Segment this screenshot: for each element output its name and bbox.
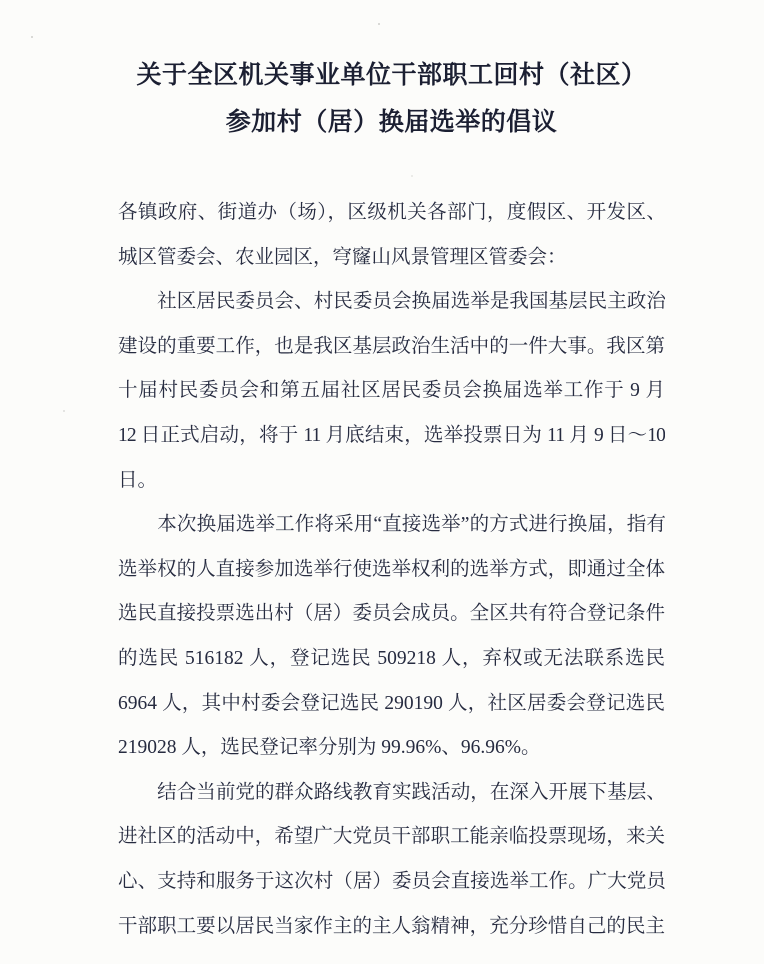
body-line-13: 219028 人，选民登记率分别为 99.96%、96.96%。 <box>118 726 665 771</box>
body-line-10: 选民直接投票选出村（居）委员会成员。全区共有符合登记条件 <box>118 592 665 637</box>
document-title-line-2: 参加村（居）换届选举的倡议 <box>118 99 665 146</box>
body-line-5: 十届村民委员会和第五届社区居民委员会换届选举工作于 9 月 <box>118 369 665 414</box>
scan-speck <box>411 175 413 177</box>
body-line-7: 日。 <box>118 459 665 504</box>
scanned-document-page: 关于全区机关事业单位干部职工回村（社区） 参加村（居）换届选举的倡议 各镇政府、… <box>0 0 764 964</box>
document-title-line-1: 关于全区机关事业单位干部职工回村（社区） <box>118 52 665 99</box>
document-body: 各镇政府、街道办（场），区级机关各部门，度假区、开发区、 城区管委会、农业园区，… <box>118 191 665 949</box>
body-line-16: 心、支持和服务于这次村（居）委员会直接选举工作。广大党员 <box>118 860 665 905</box>
body-line-14: 结合当前党的群众路线教育实践活动，在深入开展下基层、 <box>118 771 665 816</box>
body-line-9: 选举权的人直接参加选举行使选举权利的选举方式，即通过全体 <box>118 548 665 593</box>
body-line-3: 社区居民委员会、村民委员会换届选举是我国基层民主政治 <box>118 280 665 325</box>
document-content: 关于全区机关事业单位干部职工回村（社区） 参加村（居）换届选举的倡议 各镇政府、… <box>0 0 764 949</box>
scan-speck <box>63 410 65 412</box>
body-line-12: 6964 人，其中村委会登记选民 290190 人，社区居委会登记选民 <box>118 682 665 727</box>
body-line-17: 干部职工要以居民当家作主的主人翁精神，充分珍惜自己的民主 <box>118 905 665 950</box>
body-line-4: 建设的重要工作，也是我区基层政治生活中的一件大事。我区第 <box>118 325 665 370</box>
body-line-8: 本次换届选举工作将采用“直接选举”的方式进行换届，指有 <box>118 503 665 548</box>
scan-speck <box>31 36 33 38</box>
scan-speck <box>378 23 380 25</box>
body-line-15: 进社区的活动中，希望广大党员干部职工能亲临投票现场，来关 <box>118 815 665 860</box>
body-line-6: 12 日正式启动，将于 11 月底结束，选举投票日为 11 月 9 日～10 <box>118 414 665 459</box>
body-line-1: 各镇政府、街道办（场），区级机关各部门，度假区、开发区、 <box>118 191 665 236</box>
body-line-11: 的选民 516182 人，登记选民 509218 人，弃权或无法联系选民 <box>118 637 665 682</box>
body-line-2: 城区管委会、农业园区，穹窿山风景管理区管委会： <box>118 236 665 281</box>
